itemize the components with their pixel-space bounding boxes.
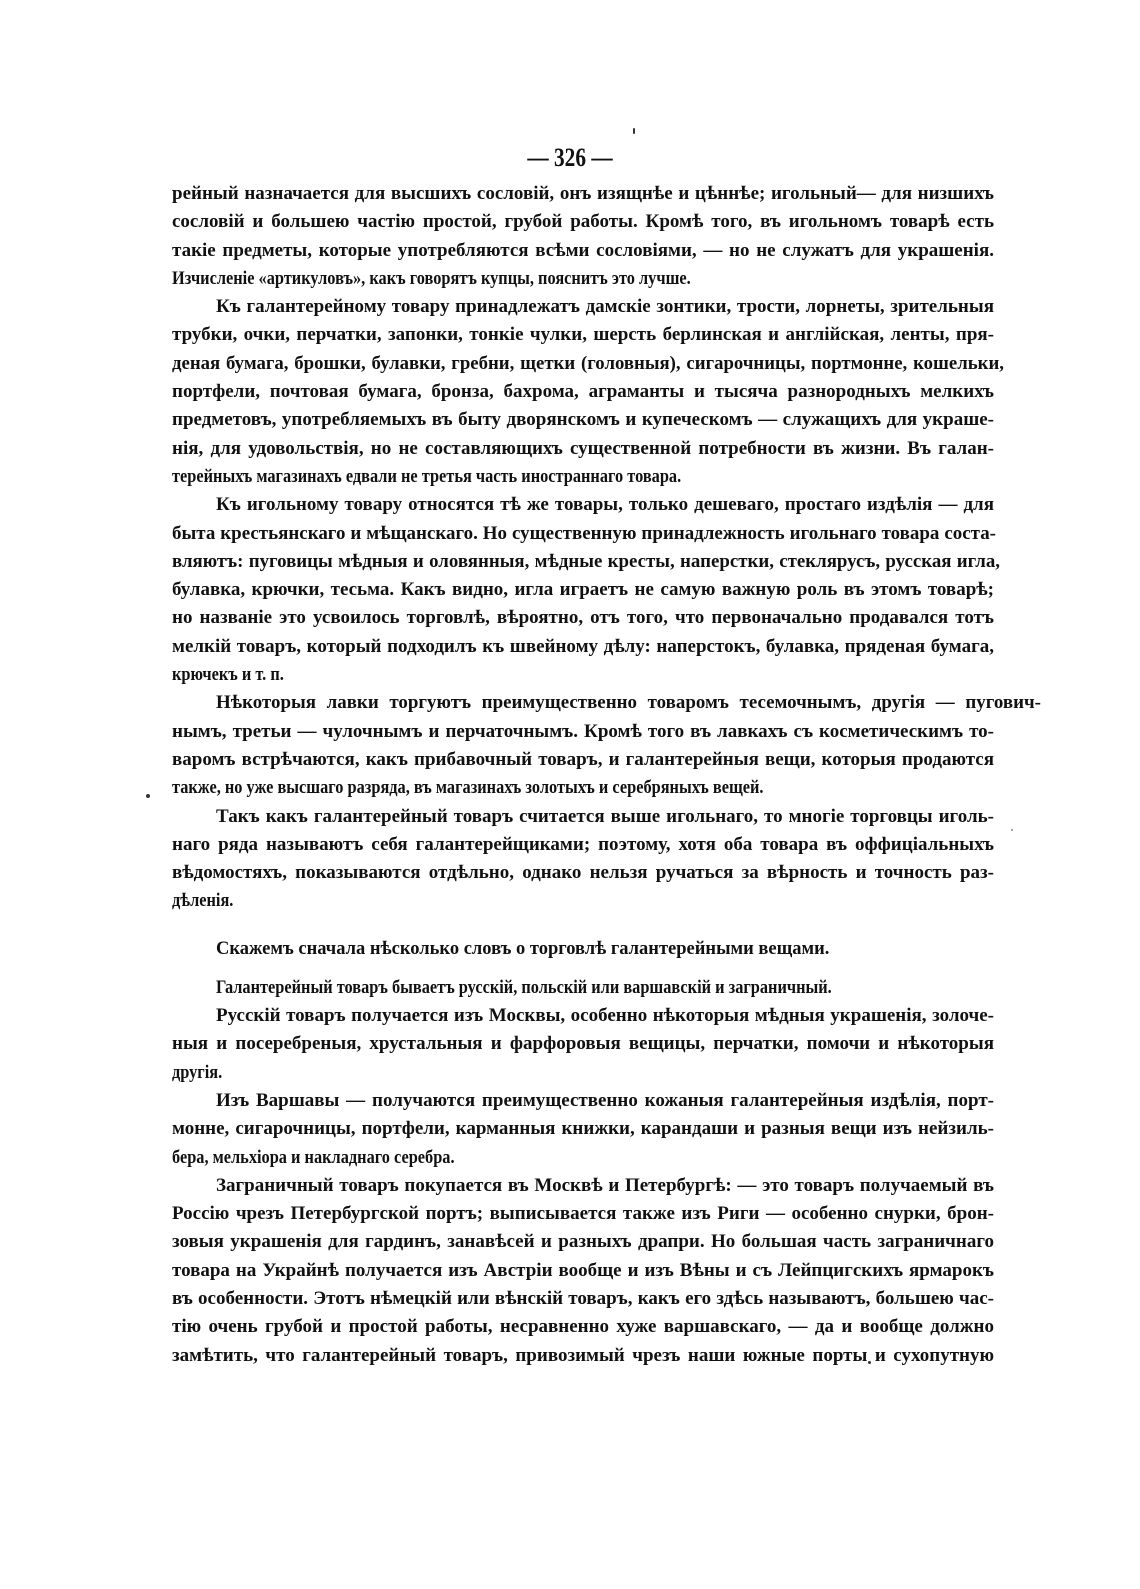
scan-speck [1011,829,1013,831]
line-text: Къ галантерейному товару принадлежатъ да… [172,293,994,321]
text-line: деная бумага, брошки, булавки, гребни, щ… [172,350,994,378]
line-text: но названіе это усвоилось торговлѣ, вѣро… [172,604,994,632]
text-line: дѣленія. [172,887,994,915]
line-text: зовыя украшенія для гардинъ, занавѣсей и… [172,1228,994,1256]
text-line: крючекъ и т. п. [172,661,994,689]
text-line: вляютъ: пуговицы мѣдныя и оловянныя, мѣд… [172,548,994,576]
paragraph: Изъ Варшавы — получаются преимущественно… [172,1087,994,1172]
text-line: замѣтить, что галантерейный товаръ, прив… [172,1342,994,1370]
line-text: мелкій товаръ, который подходилъ къ швей… [172,633,994,661]
line-text: Нѣкоторыя лавки торгуютъ преимущественно… [172,689,1041,717]
text-line: Заграничный товаръ покупается въ Москвѣ … [172,1172,994,1200]
paragraph: Нѣкоторыя лавки торгуютъ преимущественно… [172,689,994,802]
line-text: Русскій товаръ получается изъ Москвы, ос… [172,1002,994,1030]
text-line: Россію чрезъ Петербургской портъ; выписы… [172,1200,994,1228]
text-line: варомъ встрѣчаются, какъ прибавочный тов… [172,746,994,774]
line-text: нымъ, третьи — чулочнымъ и перчаточнымъ.… [172,718,994,746]
text-line: вѣдомостяхъ, показываются отдѣльно, одна… [172,859,994,887]
line-text: деная бумага, брошки, булавки, гребни, щ… [172,350,1004,378]
text-line: Галантерейный товаръ бываетъ русскій, по… [172,974,994,1002]
paragraph: Къ галантерейному товару принадлежатъ да… [172,293,994,491]
line-text: портфели, почтовая бумага, бронза, бахро… [172,378,994,406]
line-text: сословій и большею частію простой, грубо… [172,208,994,236]
text-line: монне, сигарочницы, портфели, карманныя … [172,1115,994,1143]
text-line: другія. [172,1059,994,1087]
text-line: тію очень грубой и простой работы, несра… [172,1313,994,1341]
line-text: дѣленія. [172,887,994,915]
line-text: Изъ Варшавы — получаются преимущественно… [172,1087,994,1115]
line-text: Къ игольному товару относятся тѣ же това… [172,491,994,519]
text-line: зовыя украшенія для гардинъ, занавѣсей и… [172,1228,994,1256]
line-text: трубки, очки, перчатки, запонки, тонкіе … [172,321,994,349]
spacer [172,964,994,974]
line-text: бера, мельхіора и накладнаго серебра. [172,1144,994,1172]
text-line: нія, для удовольствія, но не составляющи… [172,435,994,463]
text-line: булавка, крючки, тесьма. Какъ видно, игл… [172,576,994,604]
scan-speck [146,794,150,798]
line-text: крючекъ и т. п. [172,661,994,689]
text-line: терейныхъ магазинахъ едвали не третья ча… [172,463,994,491]
text-line: также, но уже высшаго разряда, въ магази… [172,774,994,802]
text-line: ныя и посеребреныя, хрустальныя и фарфор… [172,1030,994,1058]
text-line: предметовъ, употребляемыхъ въ быту дворя… [172,406,994,434]
text-line: портфели, почтовая бумага, бронза, бахро… [172,378,994,406]
paragraph: Такъ какъ галантерейный товаръ считается… [172,803,994,916]
text-line: трубки, очки, перчатки, запонки, тонкіе … [172,321,994,349]
line-text: замѣтить, что галантерейный товаръ, прив… [172,1342,994,1370]
paragraph: Галантерейный товаръ бываетъ русскій, по… [172,974,994,1002]
text-line: сословій и большею частію простой, грубо… [172,208,994,236]
line-text: Такъ какъ галантерейный товаръ считается… [172,803,994,831]
text-line: Такъ какъ галантерейный товаръ считается… [172,803,994,831]
text-line: Нѣкоторыя лавки торгуютъ преимущественно… [172,689,994,717]
line-text: Россію чрезъ Петербургской портъ; выписы… [172,1200,994,1228]
scan-speck [868,1361,871,1364]
paragraph: Къ игольному товару относятся тѣ же това… [172,491,994,689]
line-text: булавка, крючки, тесьма. Какъ видно, игл… [172,576,994,604]
line-text: наго ряда называютъ себя галантерейщикам… [172,831,994,859]
line-text: Изчисленіе «артикуловъ», какъ говорятъ к… [172,265,994,293]
paragraph: Русскій товаръ получается изъ Москвы, ос… [172,1002,994,1087]
line-text: Заграничный товаръ покупается въ Москвѣ … [172,1172,994,1200]
page-number: — 326 — [103,143,1038,173]
scan-speck [633,128,635,134]
line-text: рейный назначается для высшихъ сословій,… [172,180,994,208]
text-line: но названіе это усвоилось торговлѣ, вѣро… [172,604,994,632]
line-text: ныя и посеребреныя, хрустальныя и фарфор… [172,1030,994,1058]
text-line: быта крестьянскаго и мѣщанскаго. Но суще… [172,520,994,548]
line-text: товара на Украйнѣ получается изъ Австріи… [172,1257,994,1285]
paragraph: Заграничный товаръ покупается въ Москвѣ … [172,1172,994,1370]
line-text: Галантерейный товаръ бываетъ русскій, по… [172,974,1038,1002]
spacer [172,916,994,934]
line-text: такіе предметы, которые употребляются вс… [172,237,994,265]
line-text: нія, для удовольствія, но не составляющи… [172,435,994,463]
text-line: такіе предметы, которые употребляются вс… [172,237,994,265]
line-text: быта крестьянскаго и мѣщанскаго. Но суще… [172,520,996,548]
text-line: Изъ Варшавы — получаются преимущественно… [172,1087,994,1115]
line-text: варомъ встрѣчаются, какъ прибавочный тов… [172,746,994,774]
line-text: въ особенности. Этотъ нѣмецкій или вѣнск… [172,1285,994,1313]
text-line: Изчисленіе «артикуловъ», какъ говорятъ к… [172,265,994,293]
text-line: рейный назначается для высшихъ сословій,… [172,180,994,208]
text-line: въ особенности. Этотъ нѣмецкій или вѣнск… [172,1285,994,1313]
line-text: терейныхъ магазинахъ едвали не третья ча… [172,463,994,491]
line-text: другія. [172,1059,994,1087]
text-line: бера, мельхіора и накладнаго серебра. [172,1144,994,1172]
line-text: предметовъ, употребляемыхъ въ быту дворя… [172,406,994,434]
line-text: вляютъ: пуговицы мѣдныя и оловянныя, мѣд… [172,548,1000,576]
section-heading: Скажемъ сначала нѣсколько словъ о торгов… [172,934,994,964]
text-line: мелкій товаръ, который подходилъ къ швей… [172,633,994,661]
paragraph: рейный назначается для высшихъ сословій,… [172,180,994,293]
text-line: нымъ, третьи — чулочнымъ и перчаточнымъ.… [172,718,994,746]
text-line: наго ряда называютъ себя галантерейщикам… [172,831,994,859]
body-text: рейный назначается для высшихъ сословій,… [172,180,994,1370]
text-line: Къ игольному товару относятся тѣ же това… [172,491,994,519]
line-text: тію очень грубой и простой работы, несра… [172,1313,994,1341]
line-text: монне, сигарочницы, портфели, карманныя … [172,1115,994,1143]
line-text: также, но уже высшаго разряда, въ магази… [172,774,994,802]
text-line: товара на Украйнѣ получается изъ Австріи… [172,1257,994,1285]
line-text: вѣдомостяхъ, показываются отдѣльно, одна… [172,859,994,887]
text-line: Русскій товаръ получается изъ Москвы, ос… [172,1002,994,1030]
text-line: Къ галантерейному товару принадлежатъ да… [172,293,994,321]
